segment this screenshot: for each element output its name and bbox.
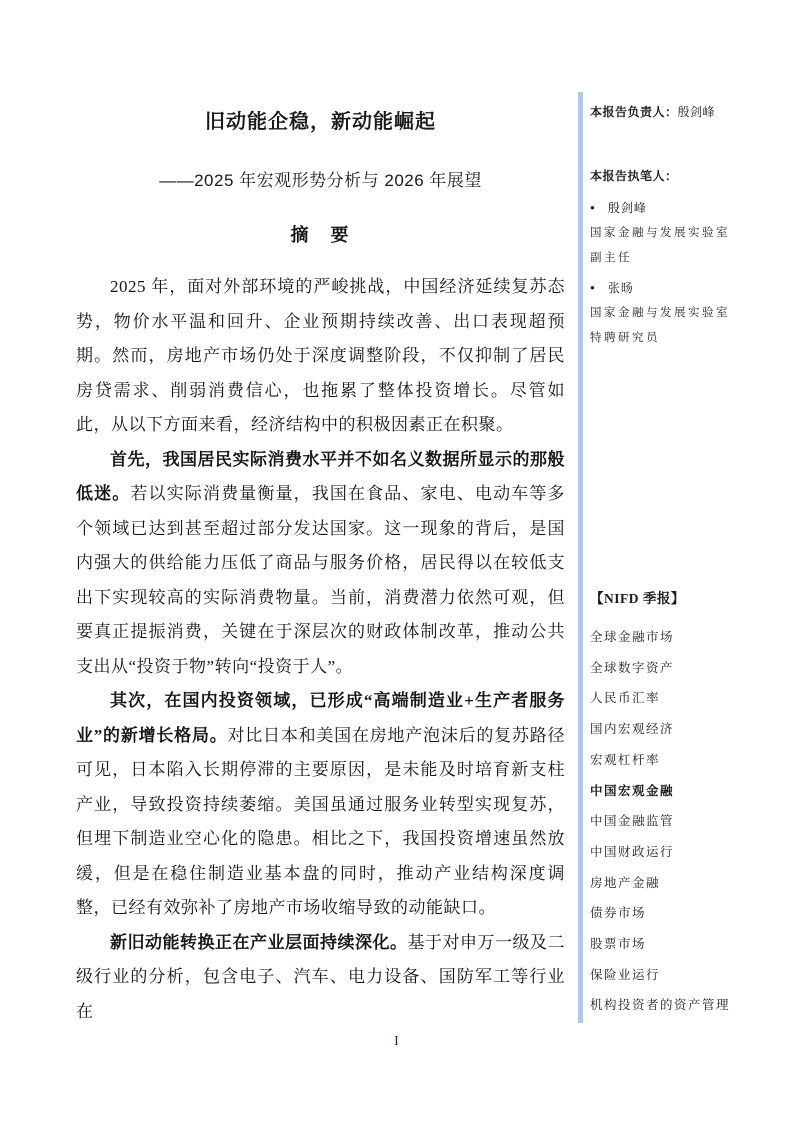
author-name: 张旸 (608, 281, 634, 295)
author-affiliation: 国家金融与发展实验室特聘研究员 (590, 301, 742, 351)
sidebar-series: 【NIFD 季报】 全球金融市场 全球数字资产 人民币汇率 国内宏观经济 宏观杠… (590, 590, 755, 1021)
series-item: 机构投资者的资产管理 (590, 990, 755, 1021)
sidebar-authors: 本报告负责人：殷剑峰 本报告执笔人： ●殷剑峰 国家金融与发展实验室副主任 ●张… (590, 103, 742, 351)
author-affiliation: 国家金融与发展实验室副主任 (590, 221, 742, 271)
series-item: 全球金融市场 (590, 622, 755, 653)
series-item: 宏观杠杆率 (590, 745, 755, 776)
bullet-icon: ● (590, 203, 596, 212)
abstract-paragraph: 首先，我国居民实际消费水平并不如名义数据所显示的那般低迷。若以实际消费量衡量，我… (76, 443, 565, 685)
series-item: 中国财政运行 (590, 837, 755, 868)
abstract-body: 2025 年，面对外部环境的严峻挑战，中国经济延续复苏态势，物价水平温和回升、企… (76, 270, 565, 1029)
report-lead-label: 本报告负责人： (590, 105, 678, 119)
report-lead-row: 本报告负责人：殷剑峰 (590, 103, 742, 121)
abstract-heading: 摘 要 (76, 222, 565, 248)
paragraph-text: 2025 年，面对外部环境的严峻挑战，中国经济延续复苏态势，物价水平温和回升、企… (76, 277, 565, 434)
report-abstract-page: 旧动能企稳，新动能崛起 ——2025 年宏观形势分析与 2026 年展望 摘 要… (0, 0, 793, 1122)
sidebar-divider (578, 92, 583, 1023)
series-item: 国内宏观经济 (590, 714, 755, 745)
main-column: 旧动能企稳，新动能崛起 ——2025 年宏观形势分析与 2026 年展望 摘 要… (76, 0, 565, 1029)
report-lead-name: 殷剑峰 (678, 105, 716, 119)
abstract-paragraph: 2025 年，面对外部环境的严峻挑战，中国经济延续复苏态势，物价水平温和回升、企… (76, 270, 565, 443)
author-name: 殷剑峰 (608, 201, 647, 215)
page-number: I (0, 1034, 793, 1050)
paragraph-text: 对比日本和美国在房地产泡沫后的复苏路径可见，日本陷入长期停滞的主要原因，是未能及… (76, 726, 565, 918)
bullet-icon: ● (590, 283, 596, 292)
abstract-paragraph: 其次，在国内投资领域，已形成“高端制造业+生产者服务业”的新增长格局。对比日本和… (76, 684, 565, 926)
author-row: ●殷剑峰 (590, 199, 742, 217)
report-authors-label: 本报告执笔人： (590, 167, 742, 185)
page-subtitle: ——2025 年宏观形势分析与 2026 年展望 (76, 168, 565, 194)
series-title: 【NIFD 季报】 (590, 590, 755, 608)
series-item: 中国宏观金融 (590, 776, 755, 807)
series-item: 保险业运行 (590, 960, 755, 991)
abstract-paragraph: 新旧动能转换正在产业层面持续深化。基于对申万一级及二级行业的分析，包含电子、汽车… (76, 926, 565, 1030)
author-row: ●张旸 (590, 279, 742, 297)
series-item: 中国金融监管 (590, 806, 755, 837)
series-item: 房地产金融 (590, 868, 755, 899)
paragraph-lead: 新旧动能转换正在产业层面持续深化。 (110, 933, 408, 952)
series-list: 全球金融市场 全球数字资产 人民币汇率 国内宏观经济 宏观杠杆率 中国宏观金融 … (590, 622, 755, 1021)
series-item: 股票市场 (590, 929, 755, 960)
series-item: 债券市场 (590, 898, 755, 929)
series-item: 人民币汇率 (590, 683, 755, 714)
page-title: 旧动能企稳，新动能崛起 (76, 108, 565, 136)
paragraph-text: 若以实际消费量衡量，我国在食品、家电、电动车等多个领域已达到甚至超过部分发达国家… (76, 484, 565, 676)
series-item: 全球数字资产 (590, 653, 755, 684)
